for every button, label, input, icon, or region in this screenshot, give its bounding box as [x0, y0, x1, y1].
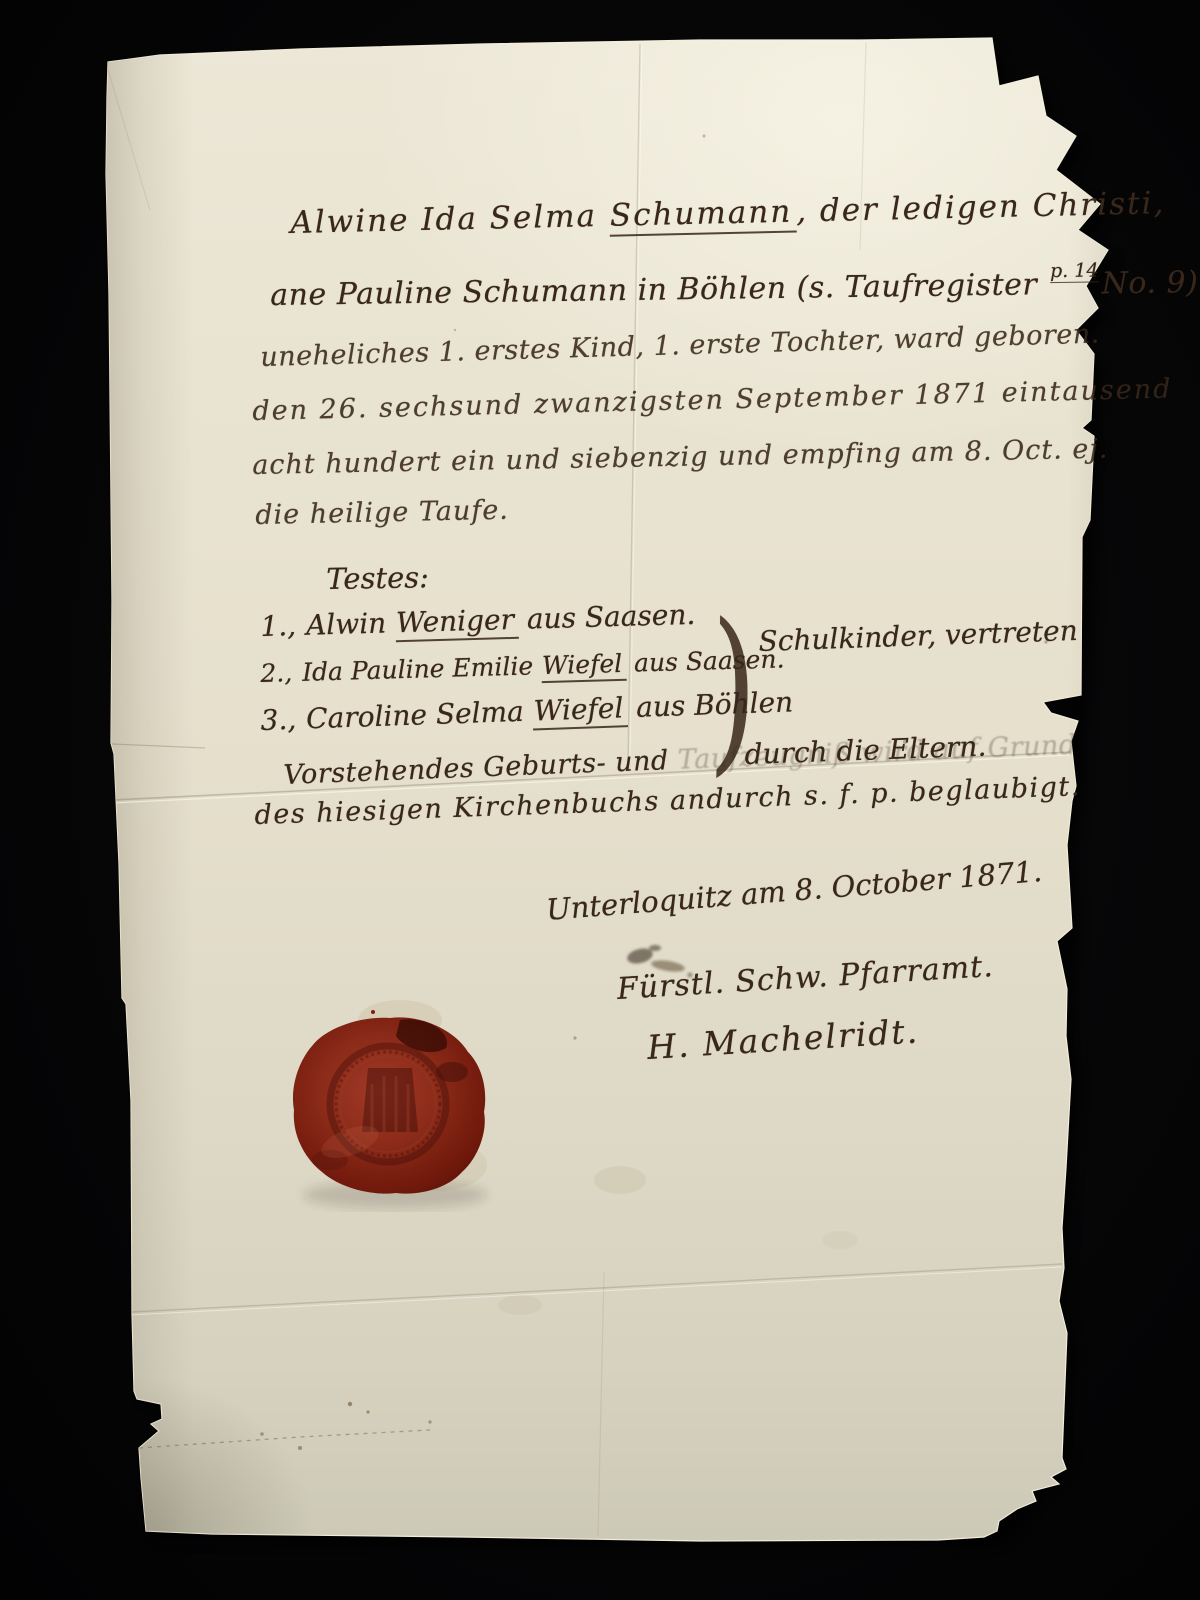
paper-sheet	[90, 20, 1130, 1560]
photo-backdrop: { "colors": { "backdrop": "#060607", "pa…	[0, 0, 1200, 1600]
document-photograph	[0, 0, 1200, 1600]
